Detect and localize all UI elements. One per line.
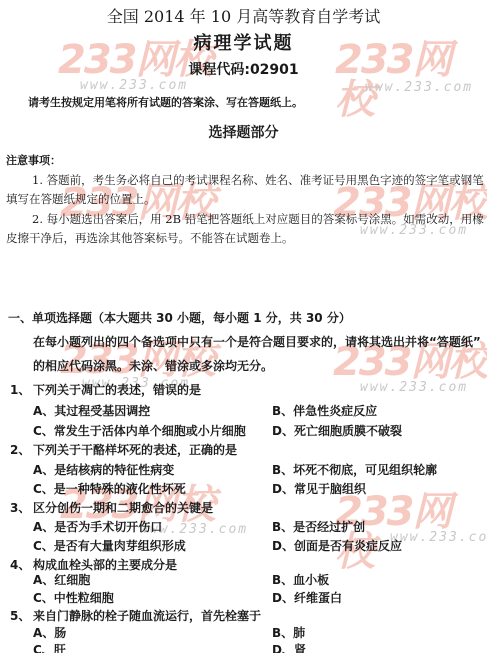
- exam-title: 全国 2014 年 10 月高等教育自学考试: [0, 4, 487, 27]
- watermark-url: www.233.com: [365, 80, 473, 95]
- notes-heading: 注意事项：: [6, 152, 61, 168]
- option-a: A、肠: [33, 624, 66, 641]
- question-text: 区分创伤一期和二期愈合的关键是: [33, 499, 213, 516]
- option-a: A、其过程受基因调控: [33, 402, 150, 419]
- option-c: C、中性粒细胞: [33, 589, 114, 606]
- option-b: B、血小板: [272, 571, 329, 588]
- option-b: B、肺: [272, 624, 305, 641]
- watermark-url: www.233.com: [80, 78, 188, 93]
- course-code: 课程代码:02901: [0, 59, 487, 79]
- question-number: 5、: [10, 607, 30, 624]
- subject-title: 病理学试题: [0, 29, 487, 55]
- watermark-url: www.233.com: [360, 380, 468, 395]
- option-d: D、创面是否有炎症反应: [272, 537, 402, 554]
- question-number: 2、: [10, 441, 30, 458]
- option-d: D、常见于脑组织: [272, 480, 366, 497]
- option-c: C、常发生于活体内单个细胞或小片细胞: [33, 422, 246, 439]
- note-2-line1: 2. 每小题选出答案后，用 2B 铅笔把答题纸上对应题目的答案标号涂黑。如需改动…: [32, 211, 484, 227]
- option-d: D、死亡细胞质膜不破裂: [272, 422, 402, 439]
- question-number: 3、: [10, 499, 30, 516]
- option-a: A、是结核病的特征性病变: [33, 461, 174, 478]
- option-b: B、是否经过扩创: [272, 518, 365, 535]
- watermark-url: www.233.com: [390, 530, 487, 545]
- question-text: 来自门静脉的栓子随血流运行，首先栓塞于: [33, 607, 261, 624]
- option-c: C、肝: [33, 641, 66, 653]
- question-text: 下列关于干酪样坏死的表述，正确的是: [33, 441, 237, 458]
- note-2-line2: 皮擦干净后，再选涂其他答案标号。不能答在试题卷上。: [6, 230, 294, 246]
- note-1-line2: 填写在答题纸规定的位置上。: [6, 191, 156, 207]
- section-title: 选择题部分: [0, 122, 487, 142]
- option-c: C、是否有大量肉芽组织形成: [33, 537, 186, 554]
- part1-heading: 一、单项选择题（本大题共 30 小题，每小题 1 分，共 30 分）: [8, 309, 351, 326]
- question-text: 下列关于凋亡的表述，错误的是: [33, 381, 201, 398]
- part1-desc-line1: 在每小题列出的四个备选项中只有一个是符合题目要求的，请将其选出并将“答题纸”: [33, 333, 481, 350]
- option-a: A、红细胞: [33, 571, 90, 588]
- option-d: D、肾: [272, 641, 306, 653]
- question-number: 4、: [10, 556, 30, 573]
- option-d: D、纤维蛋白: [272, 589, 342, 606]
- part1-desc-line2: 的相应代码涂黑。未涂、错涂或多涂均无分。: [33, 357, 273, 374]
- option-b: B、坏死不彻底，可见组织轮廓: [272, 461, 437, 478]
- note-1-line1: 1. 答题前，考生务必将自己的考试课程名称、姓名、准考证号用黑色字迹的签字笔或钢…: [32, 172, 484, 188]
- answer-instruction: 请考生按规定用笔将所有试题的答案涂、写在答题纸上。: [28, 94, 303, 110]
- option-c: C、是一种特殊的液化性坏死: [33, 480, 186, 497]
- option-b: B、伴急性炎症反应: [272, 402, 377, 419]
- question-number: 1、: [10, 381, 30, 398]
- option-a: A、是否为手术切开伤口: [33, 518, 162, 535]
